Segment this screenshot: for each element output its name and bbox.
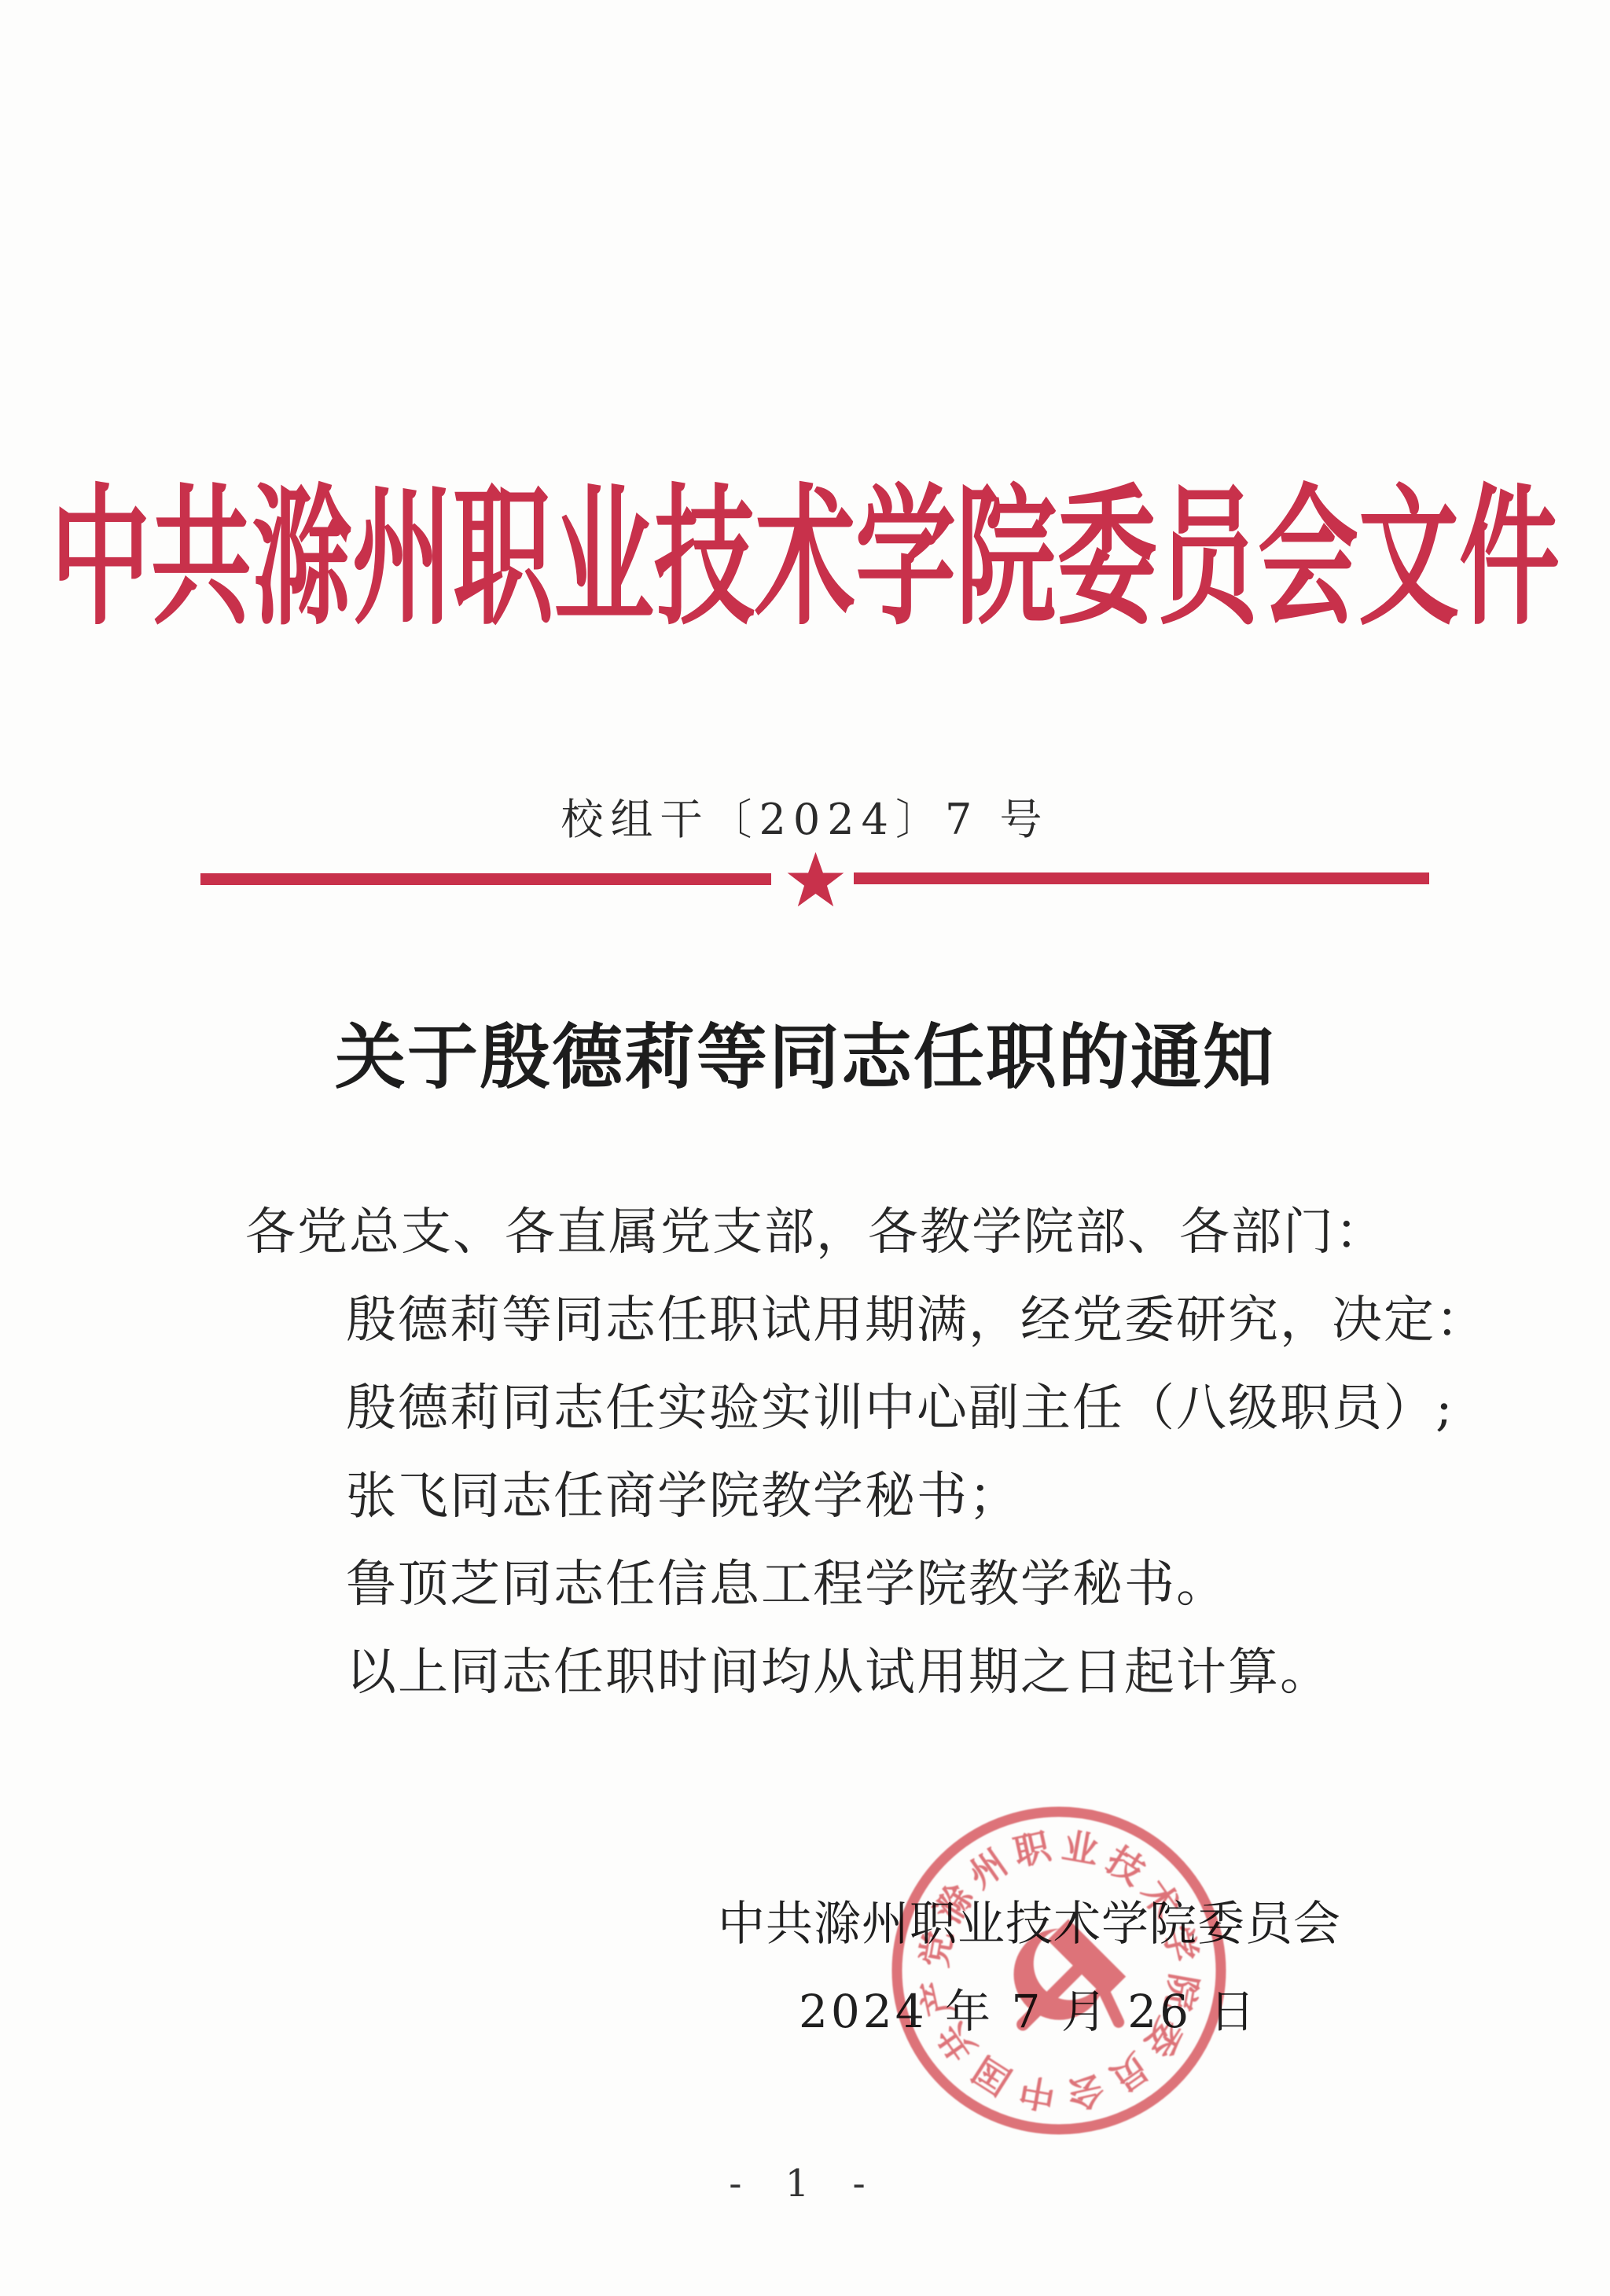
svg-text:业: 业 bbox=[1059, 1824, 1102, 1872]
body-line: 殷德莉同志任实验实训中心副主任（八级职员）; bbox=[245, 1365, 1369, 1453]
svg-text:国: 国 bbox=[965, 2048, 1019, 2103]
red-divider-right bbox=[854, 872, 1429, 884]
svg-text:党: 党 bbox=[913, 1927, 961, 1971]
salutation-line: 各党总支、各直属党支部，各教学院部、各部门： bbox=[245, 1188, 1369, 1277]
svg-text:员: 员 bbox=[1101, 2044, 1157, 2101]
body-line: 殷德莉等同志任职试用期满，经党委研究，决定： bbox=[245, 1277, 1369, 1365]
svg-text:委: 委 bbox=[1136, 2011, 1191, 2064]
svg-text:技: 技 bbox=[1099, 1839, 1152, 1894]
hammer-and-sickle-icon bbox=[1014, 1929, 1119, 2025]
svg-text:会: 会 bbox=[1064, 2067, 1108, 2117]
svg-text:共: 共 bbox=[929, 2015, 985, 2069]
svg-text:术: 术 bbox=[1133, 1872, 1189, 1927]
body-line: 以上同志任职时间均从试用期之日起计算。 bbox=[245, 1629, 1369, 1717]
svg-text:职: 职 bbox=[1010, 1824, 1056, 1874]
document-page: 中共滁州职业技术学院委员会文件 校组干〔2024〕7 号 关于殷德莉等同志任职的… bbox=[0, 0, 1610, 2296]
page-number: - 1 - bbox=[0, 2162, 1610, 2206]
seal-border-ring bbox=[897, 1812, 1221, 2129]
svg-text:中: 中 bbox=[1016, 2069, 1059, 2117]
svg-text:滁: 滁 bbox=[927, 1877, 982, 1930]
document-number: 校组干〔2024〕7 号 bbox=[0, 786, 1610, 847]
red-divider-left bbox=[200, 873, 771, 885]
body-line: 张飞同志任商学院教学秘书； bbox=[245, 1453, 1369, 1541]
svg-text:产: 产 bbox=[913, 1975, 962, 2020]
body-line: 鲁顶芝同志任信息工程学院教学秘书。 bbox=[245, 1541, 1369, 1629]
svg-text:学: 学 bbox=[1156, 1922, 1205, 1967]
notice-body: 各党总支、各直属党支部，各教学院部、各部门： 殷德莉等同志任职试用期满，经党委研… bbox=[245, 1188, 1369, 1717]
notice-title: 关于殷德莉等同志任职的通知 bbox=[0, 1000, 1610, 1102]
svg-text:院: 院 bbox=[1157, 1971, 1205, 2014]
red-header-title: 中共滁州职业技术学院委员会文件 bbox=[0, 468, 1610, 649]
svg-text:州: 州 bbox=[961, 1841, 1015, 1897]
official-seal: 中国共产党滁州职业技术学院委员会 bbox=[886, 1798, 1232, 2144]
red-star-icon bbox=[787, 850, 844, 909]
seal-ring-text: 中国共产党滁州职业技术学院委员会 bbox=[913, 1824, 1205, 2117]
